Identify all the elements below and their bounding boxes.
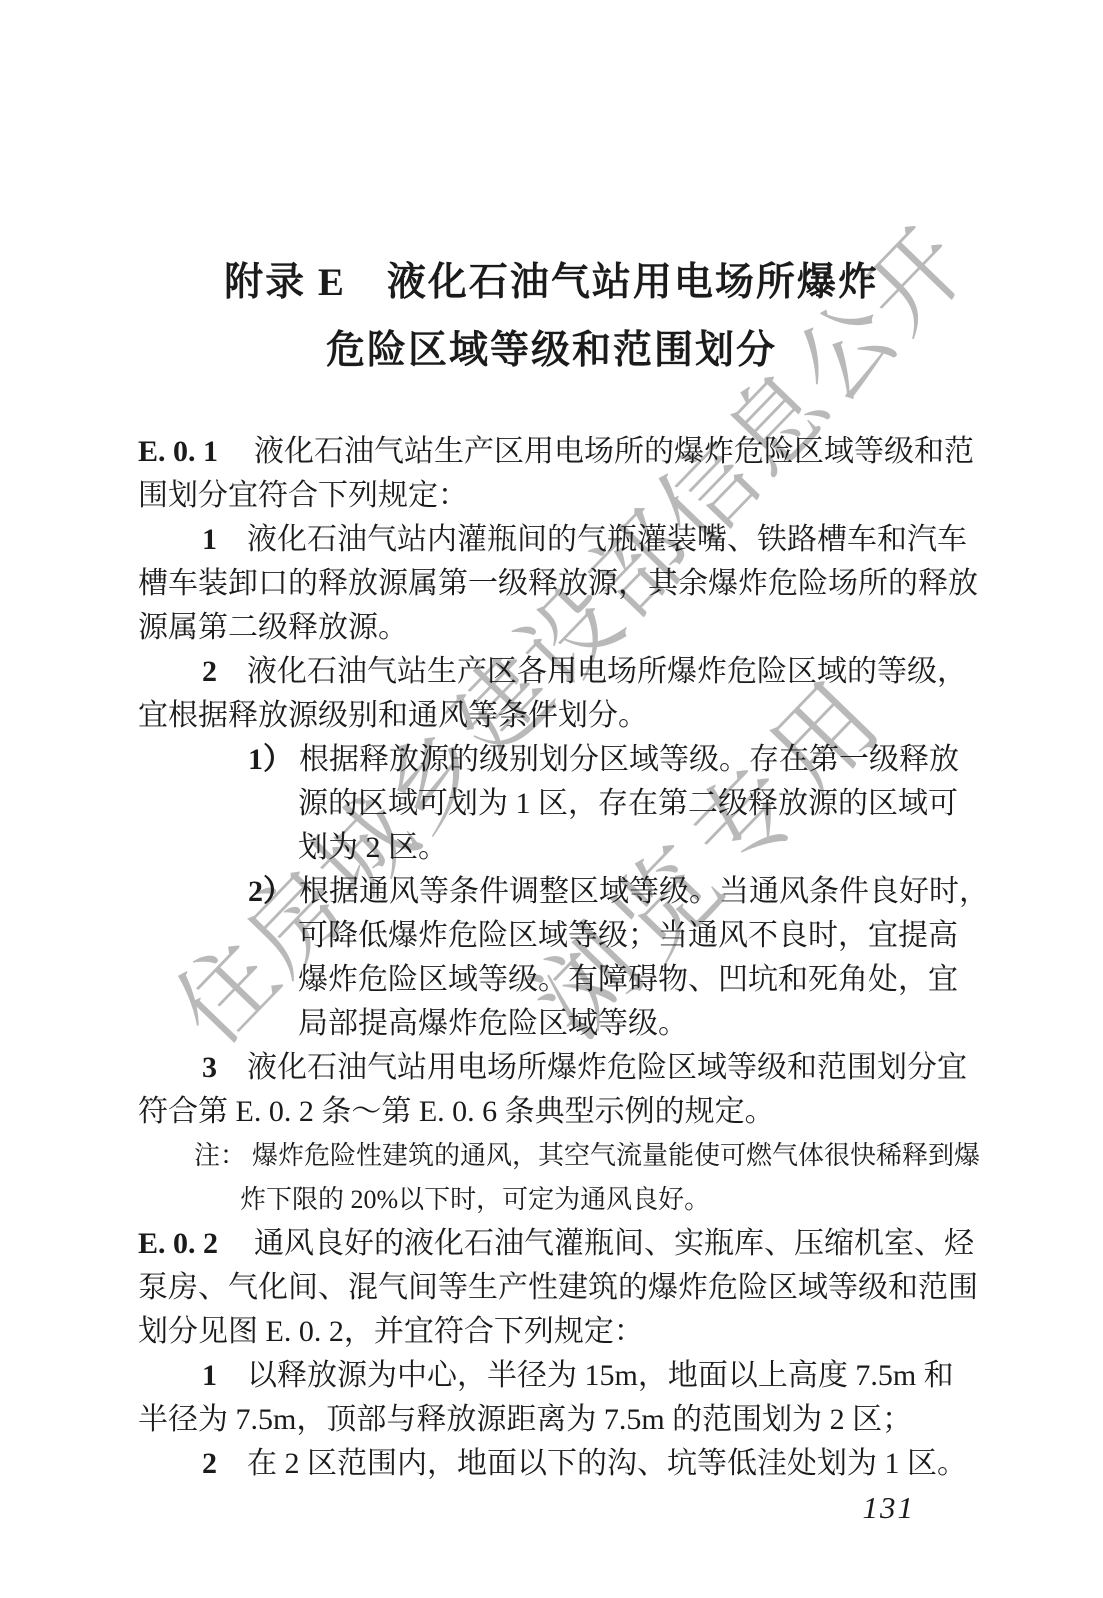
page-number: 131: [863, 1490, 916, 1526]
line-text: 在 2 区范围内，地面以下的沟、坑等低洼处划为 1 区。: [247, 1447, 967, 1480]
text-line: 划为 2 区。: [138, 826, 978, 870]
item-number: 3: [202, 1051, 217, 1084]
text-line: 注：爆炸危险性建筑的通风，其空气流量能使可燃气体很快稀释到爆: [138, 1134, 978, 1178]
text-line: 可降低爆炸危险区域等级；当通风不良时，宜提高: [138, 914, 978, 958]
text-line: 2）根据通风等条件调整区域等级。当通风条件良好时，: [138, 870, 978, 914]
text-line: 2在 2 区范围内，地面以下的沟、坑等低洼处划为 1 区。: [138, 1442, 978, 1486]
line-text: 划为 2 区。: [298, 831, 448, 864]
text-line: 3液化石油气站用电场所爆炸危险区域等级和范围划分宜: [138, 1046, 978, 1090]
text-line: 符合第 E. 0. 2 条～第 E. 0. 6 条典型示例的规定。: [138, 1090, 978, 1134]
appendix-title-line1: 附录 E 液化石油气站用电场所爆炸: [0, 249, 1103, 317]
text-line: 围划分宜符合下列规定：: [138, 474, 978, 518]
line-text: 爆炸危险区域等级。有障碍物、凹坑和死角处，宜: [298, 963, 958, 996]
line-text: 符合第 E. 0. 2 条～第 E. 0. 6 条典型示例的规定。: [138, 1095, 775, 1128]
text-line: E. 0. 2通风良好的液化石油气灌瓶间、实瓶库、压缩机室、烃: [138, 1222, 978, 1266]
clause-label: E. 0. 1: [138, 435, 218, 468]
body-text: E. 0. 1液化石油气站生产区用电场所的爆炸危险区域等级和范 围划分宜符合下列…: [138, 430, 978, 1486]
text-line: 源属第二级释放源。: [138, 606, 978, 650]
text-line: 1以释放源为中心，半径为 15m，地面以上高度 7.5m 和: [138, 1354, 978, 1398]
line-text: 根据通风等条件调整区域等级。当通风条件良好时，: [299, 875, 989, 908]
line-text: 围划分宜符合下列规定：: [138, 479, 468, 512]
line-text: 根据释放源的级别划分区域等级。存在第一级释放: [299, 743, 959, 776]
appendix-title-line2: 危险区域等级和范围划分: [0, 317, 1103, 385]
item-number: 2: [202, 1447, 217, 1480]
line-text: 源的区域可划为 1 区，存在第二级释放源的区域可: [298, 787, 958, 820]
text-line: 2液化石油气站生产区各用电场所爆炸危险区域的等级，: [138, 650, 978, 694]
text-line: 槽车装卸口的释放源属第一级释放源，其余爆炸危险场所的释放: [138, 562, 978, 606]
line-text: 炸下限的 20%以下时，可定为通风良好。: [240, 1185, 710, 1214]
text-line: 局部提高爆炸危险区域等级。: [138, 1002, 978, 1046]
text-line: 泵房、气化间、混气间等生产性建筑的爆炸危险区域等级和范围: [138, 1266, 978, 1310]
line-text: 源属第二级释放源。: [138, 611, 408, 644]
line-text: 爆炸危险性建筑的通风，其空气流量能使可燃气体很快稀释到爆: [252, 1141, 980, 1170]
line-text: 液化石油气站内灌瓶间的气瓶灌装嘴、铁路槽车和汽车: [247, 523, 967, 556]
appendix-title: 附录 E 液化石油气站用电场所爆炸 危险区域等级和范围划分: [0, 249, 1103, 385]
line-text: 液化石油气站用电场所爆炸危险区域等级和范围划分宜: [247, 1051, 967, 1084]
line-text: 宜根据释放源级别和通风等条件划分。: [138, 699, 648, 732]
document-page: 住房城乡建设部信息公开 浏览专用 附录 E 液化石油气站用电场所爆炸 危险区域等…: [0, 0, 1103, 1598]
text-line: 划分见图 E. 0. 2，并宜符合下列规定：: [138, 1310, 978, 1354]
item-number: 1: [202, 1359, 217, 1392]
line-text: 半径为 7.5m，顶部与释放源距离为 7.5m 的范围划为 2 区；: [138, 1403, 912, 1436]
text-line: 1液化石油气站内灌瓶间的气瓶灌装嘴、铁路槽车和汽车: [138, 518, 978, 562]
text-line: 宜根据释放源级别和通风等条件划分。: [138, 694, 978, 738]
line-text: 液化石油气站生产区用电场所的爆炸危险区域等级和范: [254, 435, 974, 468]
line-text: 通风良好的液化石油气灌瓶间、实瓶库、压缩机室、烃: [254, 1227, 974, 1260]
sub-item-number: 1）: [248, 743, 293, 776]
note-label: 注：: [194, 1141, 246, 1170]
sub-item-number: 2）: [248, 875, 293, 908]
line-text: 局部提高爆炸危险区域等级。: [298, 1007, 688, 1040]
text-line: E. 0. 1液化石油气站生产区用电场所的爆炸危险区域等级和范: [138, 430, 978, 474]
text-line: 1）根据释放源的级别划分区域等级。存在第一级释放: [138, 738, 978, 782]
text-line: 炸下限的 20%以下时，可定为通风良好。: [138, 1178, 978, 1222]
line-text: 液化石油气站生产区各用电场所爆炸危险区域的等级，: [247, 655, 967, 688]
clause-label: E. 0. 2: [138, 1227, 218, 1260]
line-text: 以释放源为中心，半径为 15m，地面以上高度 7.5m 和: [247, 1359, 954, 1392]
text-line: 爆炸危险区域等级。有障碍物、凹坑和死角处，宜: [138, 958, 978, 1002]
line-text: 泵房、气化间、混气间等生产性建筑的爆炸危险区域等级和范围: [138, 1271, 978, 1304]
item-number: 2: [202, 655, 217, 688]
item-number: 1: [202, 523, 217, 556]
line-text: 划分见图 E. 0. 2，并宜符合下列规定：: [138, 1315, 644, 1348]
line-text: 槽车装卸口的释放源属第一级释放源，其余爆炸危险场所的释放: [138, 567, 978, 600]
text-line: 源的区域可划为 1 区，存在第二级释放源的区域可: [138, 782, 978, 826]
text-line: 半径为 7.5m，顶部与释放源距离为 7.5m 的范围划为 2 区；: [138, 1398, 978, 1442]
line-text: 可降低爆炸危险区域等级；当通风不良时，宜提高: [298, 919, 958, 952]
